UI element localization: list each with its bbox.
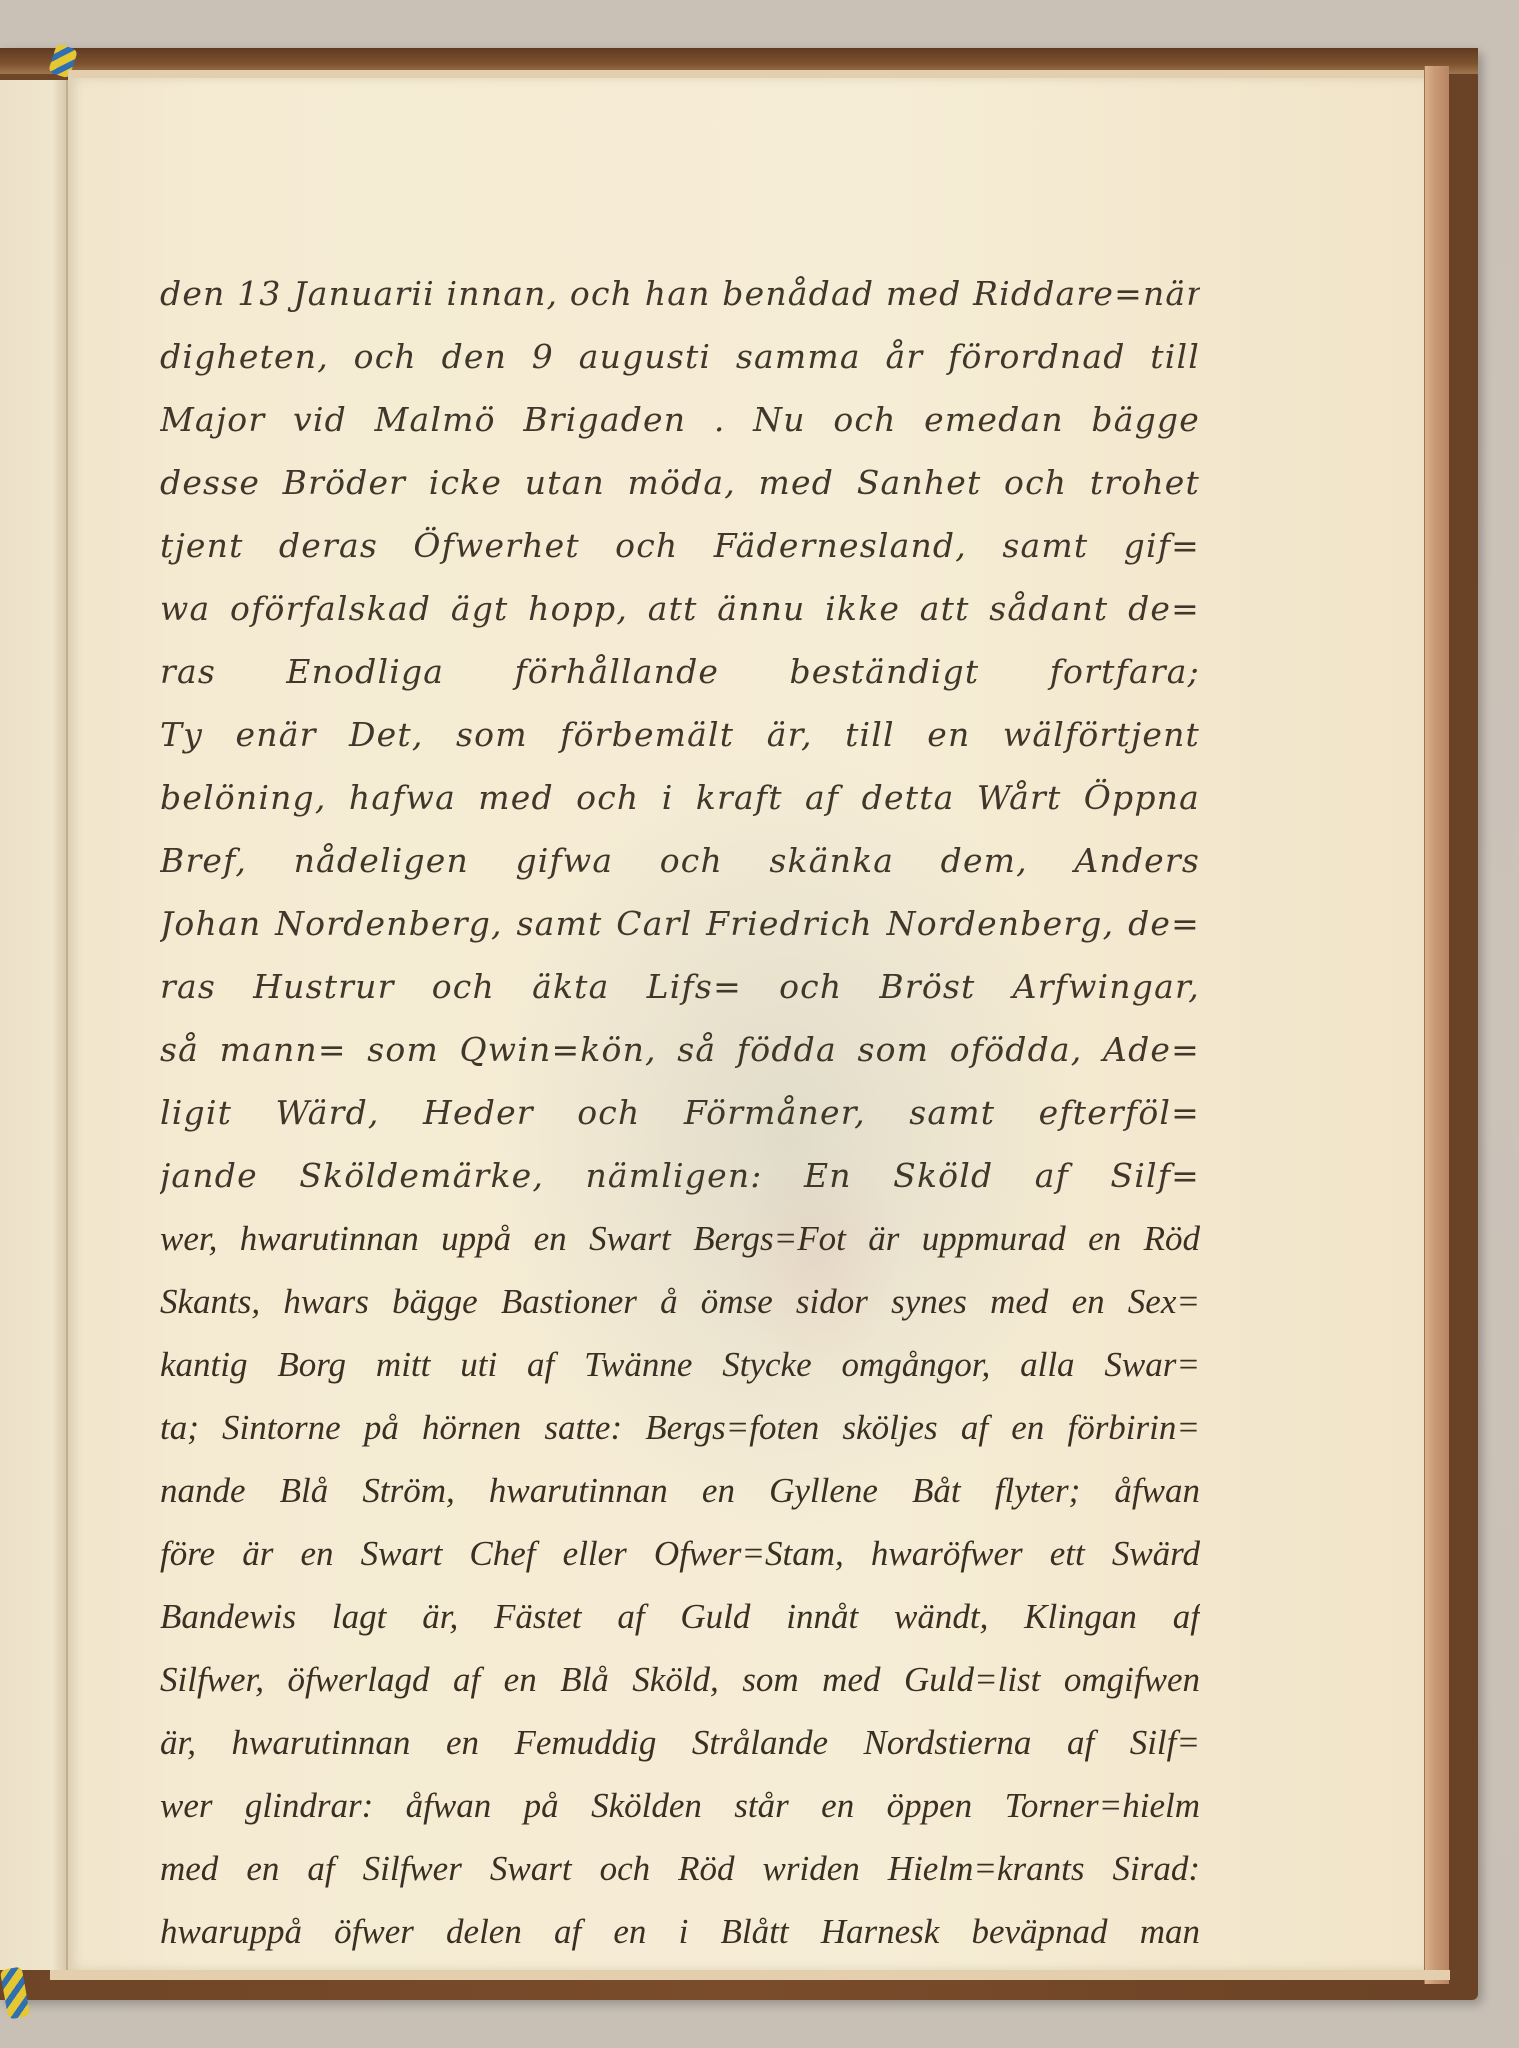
text-line: jande Sköldemärke, nämligen: En Sköld af… <box>160 1144 1200 1207</box>
text-line: Bandewis lagt är, Fästet af Guld innåt w… <box>160 1585 1200 1648</box>
text-line: Major vid Malmö Brigaden . Nu och emedan… <box>160 388 1200 451</box>
text-line: wa oförfalskad ägt hopp, att ännu ikke a… <box>160 577 1200 640</box>
text-line: Ty enär Det, som förbemält är, till en w… <box>160 703 1200 766</box>
text-line: Silfwer, öfwerlagd af en Blå Sköld, som … <box>160 1648 1200 1711</box>
text-line: ta; Sintorne på hörnen satte: Bergs=fote… <box>160 1396 1200 1459</box>
text-line: desse Bröder icke utan möda, med Sanhet … <box>160 451 1200 514</box>
page-edge-top <box>68 70 1428 78</box>
text-line: tjent deras Öfwerhet och Fädernesland, s… <box>160 514 1200 577</box>
text-line: kantig Borg mitt uti af Twänne Stycke om… <box>160 1333 1200 1396</box>
text-line: den 13 Januarii innan, och han benådad m… <box>160 262 1200 325</box>
text-line: före är en Swart Chef eller Ofwer=Stam, … <box>160 1522 1200 1585</box>
text-line: digheten, och den 9 augusti samma år för… <box>160 325 1200 388</box>
page-edge-right <box>1424 66 1449 1984</box>
text-line: belöning, hafwa med och i kraft af detta… <box>160 766 1200 829</box>
page-edge-bottom <box>50 1970 1450 1980</box>
text-line: Skants, hwars bägge Bastioner å ömse sid… <box>160 1270 1200 1333</box>
previous-page-edge <box>0 80 68 1970</box>
text-line: Bref, nådeligen gifwa och skänka dem, An… <box>160 829 1200 892</box>
text-line: wer glindrar: åfwan på Skölden står en ö… <box>160 1774 1200 1837</box>
text-line: så mann= som Qwin=kön, så födda som oföd… <box>160 1018 1200 1081</box>
text-line: wer, hwarutinnan uppå en Swart Bergs=Fot… <box>160 1207 1200 1270</box>
text-line: nande Blå Ström, hwarutinnan en Gyllene … <box>160 1459 1200 1522</box>
text-line: ras Enodliga förhållande beständigt fort… <box>160 640 1200 703</box>
manuscript-text: den 13 Januarii innan, och han benådad m… <box>160 262 1200 1963</box>
text-line: hwaruppå öfwer delen af en i Blått Harne… <box>160 1900 1200 1963</box>
text-line: är, hwarutinnan en Femuddig Strålande No… <box>160 1711 1200 1774</box>
text-line: Johan Nordenberg, samt Carl Friedrich No… <box>160 892 1200 955</box>
text-line: med en af Silfwer Swart och Röd wriden H… <box>160 1837 1200 1900</box>
text-line: ligit Wärd, Heder och Förmåner, samt eft… <box>160 1081 1200 1144</box>
text-line: ras Hustrur och äkta Lifs= och Bröst Arf… <box>160 955 1200 1018</box>
